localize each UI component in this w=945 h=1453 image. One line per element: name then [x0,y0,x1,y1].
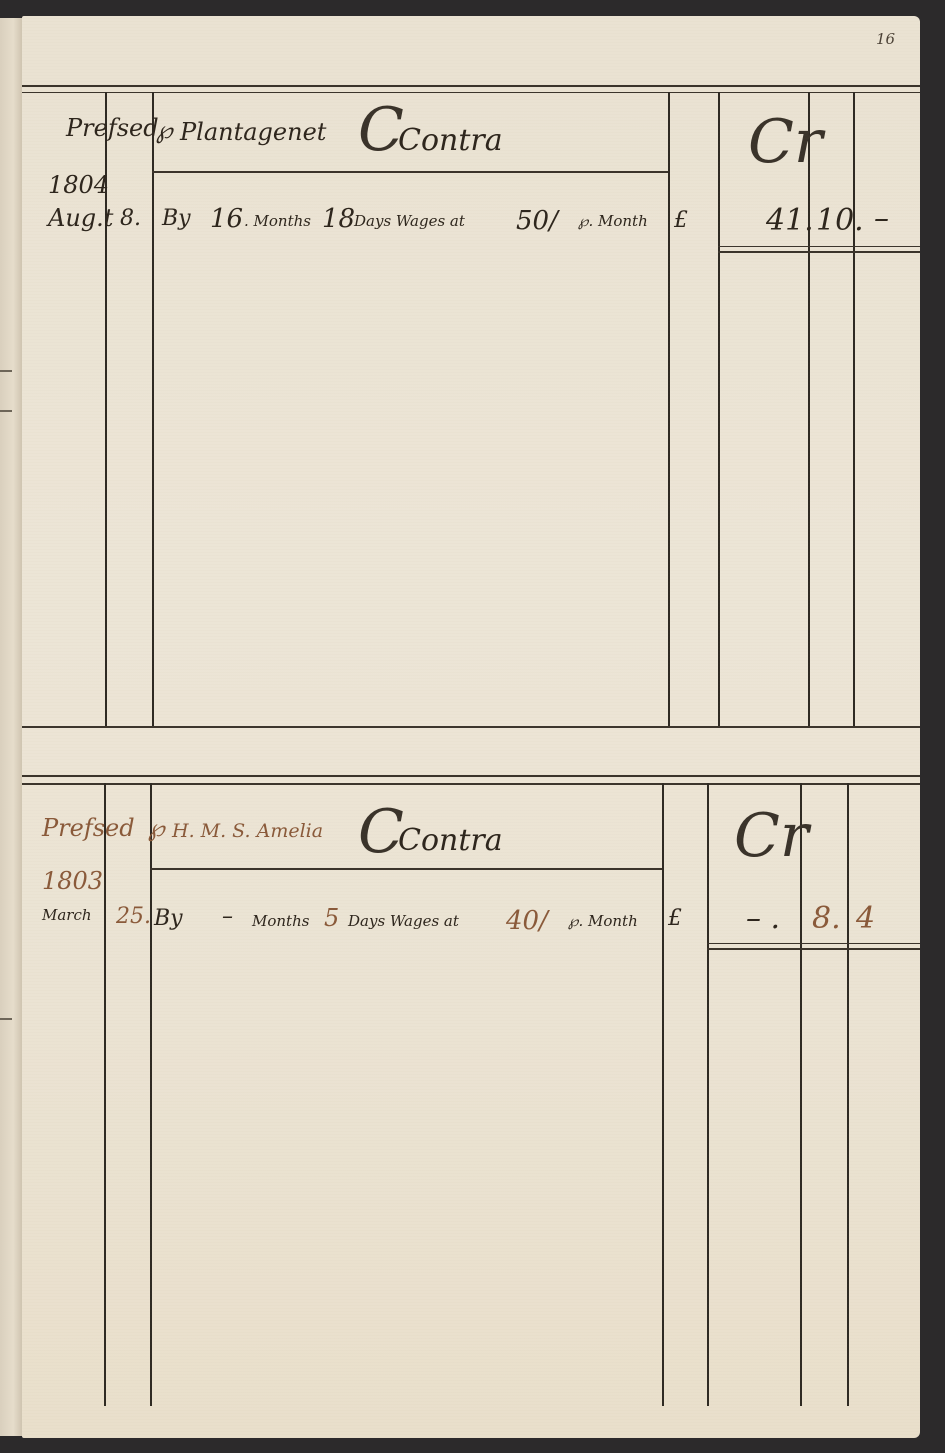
entry-per-month: ℘. Month [578,214,648,229]
facing-page-rule [0,370,12,372]
entry-months: – [222,906,233,928]
facing-page-edge [0,18,23,1436]
status-label: Prefsed [42,816,135,840]
section-top-rule [22,775,920,777]
column-rule-shillings [847,783,849,1406]
column-rule-folio [718,92,720,727]
credit-heading: Cr [734,806,809,866]
entry-month: March [42,908,92,923]
column-rule-shillings [853,92,855,727]
entry-year: 1803 [42,869,103,893]
entry-days-label: Days Wages at [354,214,465,229]
entry-days: 5 [324,906,339,930]
amount-shillings: 8. [812,904,841,934]
column-rule-desc-end [668,92,670,727]
amount-pence: – [874,204,889,234]
contra-heading: Contra [398,826,503,856]
section-top-rule-inner [22,92,920,93]
entry-by: By [162,208,191,230]
amount-shillings: 10. [816,206,864,236]
page-number: 16 [876,32,895,47]
column-rule-pounds [800,783,802,1406]
entry-months-label: . Months [244,214,311,229]
header-separator [152,171,668,173]
ship-name: H. M. S. Amelia [172,822,323,841]
column-rule-folio [707,783,709,1406]
amount-pounds: – . [746,904,780,934]
ledger-page: 16 Prefsed 1804 Aug.t 8. ℘ Plantagenet C… [22,16,920,1438]
amount-pence: 4 [856,904,875,934]
ship-prefix: ℘ [156,118,173,142]
ship-prefix: ℘ [148,816,165,840]
column-rule-day [150,783,152,1406]
section-bottom-rule [22,726,920,728]
facing-page-rule [0,410,12,412]
entry-days-label: Days Wages at [348,914,459,929]
section-top-rule [22,85,920,87]
amount-pounds: 41. [766,206,814,236]
column-rule-desc-end [662,783,664,1406]
entry-rate: 50/ [516,208,558,234]
entry-days: 18 [322,206,355,232]
contra-heading: Contra [398,126,503,156]
entry-currency: £ [668,908,682,930]
facing-page-rule [0,1018,12,1020]
credit-box-rule-lower [707,948,920,950]
entry-per-month: ℘. Month [568,914,638,929]
credit-box-rule [718,246,920,247]
entry-month: Aug.t [48,206,113,230]
entry-months: 16 [210,206,243,232]
entry-day: 25. [116,906,151,928]
column-rule-pounds [808,92,810,727]
header-separator [150,868,662,870]
status-label: Prefsed [66,116,159,140]
entry-year: 1804 [48,173,109,197]
entry-rate: 40/ [506,908,548,934]
section-top-rule-inner [22,783,920,785]
credit-box-rule-lower [718,251,920,253]
credit-box-rule [707,943,920,944]
entry-day: 8. [120,208,141,230]
entry-by: By [154,908,183,930]
entry-months-label: Months [252,914,309,929]
column-rule-date [104,783,106,1406]
credit-heading: Cr [748,112,823,172]
column-rule-day [152,92,154,727]
entry-currency: £ [674,210,688,232]
ship-name: Plantagenet [180,120,326,144]
